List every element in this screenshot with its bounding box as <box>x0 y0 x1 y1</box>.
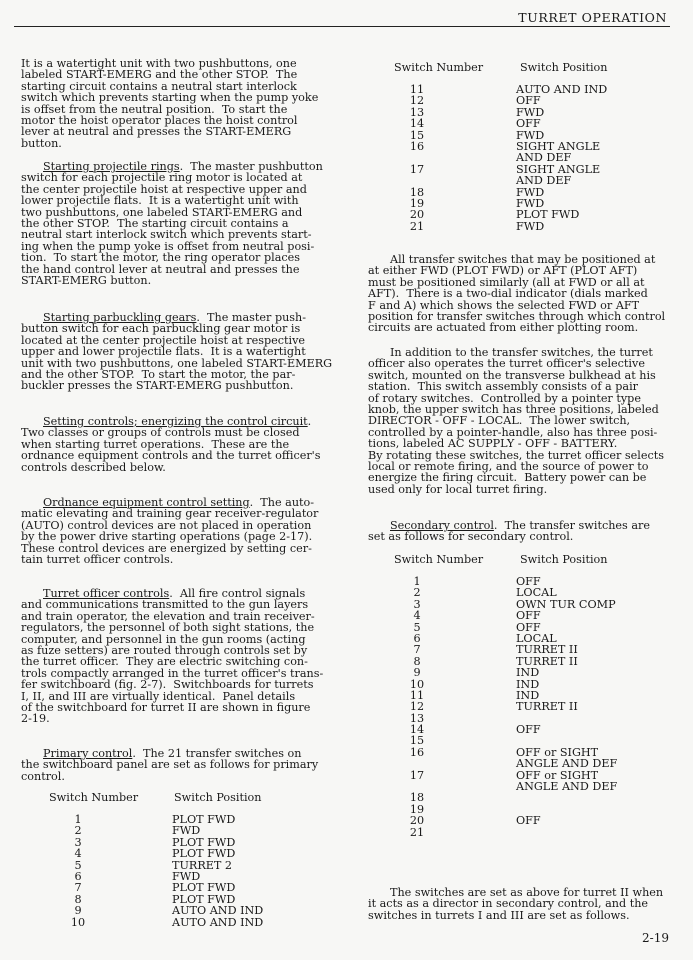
table-row: 14OFF <box>350 118 693 129</box>
paragraph-ordnance-equipment: Ordnance equipment control setting. The … <box>21 497 318 565</box>
table-row: 20OFF <box>350 815 693 826</box>
table-row: 20PLOT FWD <box>350 209 693 220</box>
switch-position: OFF <box>516 815 541 826</box>
switch-number: 20 <box>402 815 432 826</box>
table-row: 14OFF <box>350 724 693 735</box>
switch-number: 21 <box>402 221 432 232</box>
table-header: Switch NumberSwitch Position <box>350 62 693 76</box>
table-row: 17OFF or SIGHT ANGLE AND DEF <box>350 770 693 793</box>
paragraph-parbuckling-gears: Starting parbuckling gears. The master p… <box>21 312 332 392</box>
switch-number: 14 <box>402 118 432 129</box>
table-row: 4OFF <box>350 610 693 621</box>
paragraph-projectile-rings: Starting projectile rings. The master pu… <box>21 161 323 286</box>
switch-position: OFF or SIGHT ANGLE AND DEF <box>516 770 617 793</box>
table-row: 10AUTO AND IND <box>0 917 350 928</box>
table-row: 9IND <box>350 667 693 678</box>
column-header-switch-position: Switch Position <box>520 62 607 73</box>
switch-number: 16 <box>402 747 432 758</box>
switch-number: 21 <box>402 827 432 838</box>
switch-number: 9 <box>63 905 93 916</box>
paragraph-selective-switch: In addition to the transfer switches, th… <box>368 347 664 495</box>
body-starting-projectile-rings: . The master pushbutton switch for each … <box>21 160 323 287</box>
table-row: 16OFF or SIGHT ANGLE AND DEF <box>350 747 693 770</box>
paragraph-primary-control: Primary control. The 21 transfer switche… <box>21 748 318 782</box>
primary-control-table-part2: Switch NumberSwitch Position11AUTO AND I… <box>350 62 693 232</box>
column-header-switch-number: Switch Number <box>394 62 483 73</box>
switch-position: AUTO AND IND <box>172 905 263 916</box>
table-header: Switch NumberSwitch Position <box>350 554 693 568</box>
column-header-switch-position: Switch Position <box>520 554 607 565</box>
column-header-switch-number: Switch Number <box>394 554 483 565</box>
switch-position: OFF or SIGHT ANGLE AND DEF <box>516 747 617 770</box>
switch-position: OFF <box>516 118 541 129</box>
body-selective-switch: In addition to the transfer switches, th… <box>368 346 664 496</box>
body-turret-officer-controls: . All fire control signals and communica… <box>21 587 323 725</box>
switch-position: FWD <box>516 221 544 232</box>
paragraph-hoist-pushbuttons: It is a watertight unit with two pushbut… <box>21 58 318 149</box>
switch-number: 17 <box>402 770 432 781</box>
switch-position: TURRET II <box>516 701 578 712</box>
switch-number: 10 <box>63 917 93 928</box>
column-header-switch-position: Switch Position <box>174 792 261 803</box>
body-turret-ii-director: The switches are set as above for turret… <box>368 886 663 922</box>
switch-position: SIGHT ANGLE AND DEF <box>516 164 600 187</box>
table-row: 17SIGHT ANGLE AND DEF <box>350 164 693 187</box>
primary-control-table-part1: Switch NumberSwitch Position1PLOT FWD2FW… <box>0 792 350 928</box>
table-header: Switch NumberSwitch Position <box>0 792 350 806</box>
switch-position: OFF <box>516 724 541 735</box>
switch-number: 17 <box>402 164 432 175</box>
paragraph-turret-officer-controls: Turret officer controls. All fire contro… <box>21 588 323 725</box>
table-row: 4PLOT FWD <box>0 848 350 859</box>
header-rule <box>14 26 670 27</box>
switch-position: SIGHT ANGLE AND DEF <box>516 141 600 164</box>
table-row: 12TURRET II <box>350 701 693 712</box>
paragraph-secondary-control: Secondary control. The transfer switches… <box>368 520 650 543</box>
switch-position: AUTO AND IND <box>172 917 263 928</box>
paragraph-transfer-switches-fwd-aft: All transfer switches that may be positi… <box>368 254 665 334</box>
paragraph-setting-controls: Setting controls; energizing the control… <box>21 416 321 473</box>
body-starting-parbuckling-gears: . The master push- button switch for eac… <box>21 311 332 392</box>
table-row: 21FWD <box>350 221 693 232</box>
switch-position: PLOT FWD <box>172 848 235 859</box>
switch-number: 12 <box>402 701 432 712</box>
paragraph-turret-ii-director: The switches are set as above for turret… <box>368 887 663 921</box>
column-header-switch-number: Switch Number <box>49 792 138 803</box>
switch-number: 9 <box>402 667 432 678</box>
switch-number: 4 <box>402 610 432 621</box>
body-transfer-switches-fwd-aft: All transfer switches that may be positi… <box>368 253 665 334</box>
table-row: 18 <box>350 792 693 803</box>
table-row: 21 <box>350 827 693 838</box>
switch-position: IND <box>516 667 539 678</box>
switch-number: 16 <box>402 141 432 152</box>
secondary-control-table: Switch NumberSwitch Position1OFF2LOCAL3O… <box>350 554 693 838</box>
page-number: 2-19 <box>642 931 669 945</box>
table-row: 9AUTO AND IND <box>0 905 350 916</box>
table-row: 16SIGHT ANGLE AND DEF <box>350 141 693 164</box>
switch-position: OFF <box>516 610 541 621</box>
switch-number: 4 <box>63 848 93 859</box>
running-head: TURRET OPERATION <box>518 10 667 25</box>
body-ordnance-equipment-control-setting: . The auto- matic elevating and training… <box>21 496 318 566</box>
